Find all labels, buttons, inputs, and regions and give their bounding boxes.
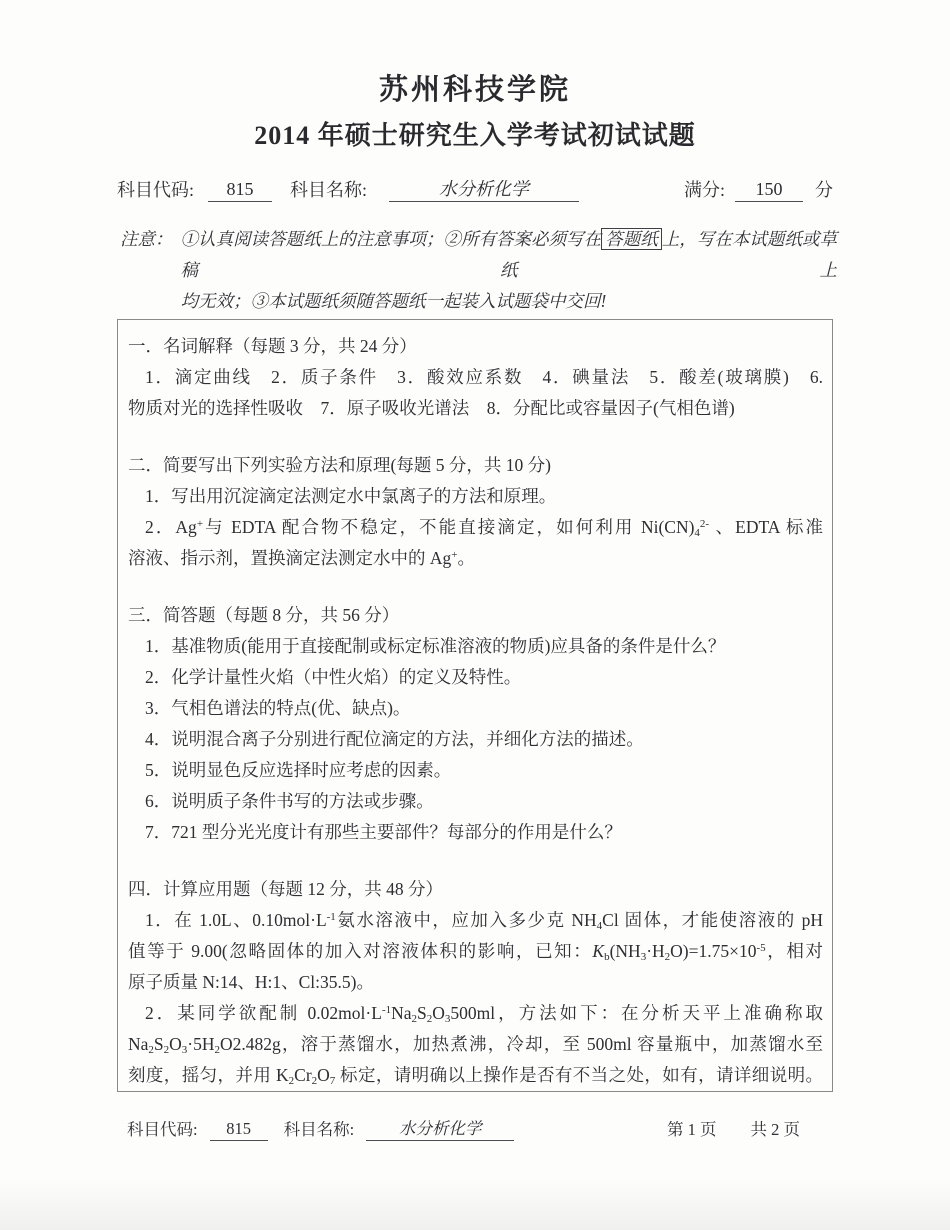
page-number-total: 共 2 页: [751, 1119, 801, 1141]
question-line: 物质对光的选择性吸收 7．原子吸收光谱法 8．分配比或容量因子(气相色谱): [128, 393, 823, 424]
university-title: 苏州科技学院: [0, 0, 950, 106]
exam-paper-page: 苏州科技学院 2014 年硕士研究生入学考试初试试题 科目代码: 815 科目名…: [0, 0, 950, 1230]
question-line: 2．Ag+与 EDTA 配合物不稳定，不能直接滴定，如何利用 Ni(CN)42-…: [128, 512, 823, 543]
subject-name-value: 水分析化学: [389, 177, 579, 202]
footer: 科目代码: 815 科目名称: 水分析化学 第 1 页 共 2 页: [127, 1118, 800, 1141]
full-score-label: 满分:: [684, 178, 725, 202]
subject-name-label: 科目名称:: [290, 178, 367, 202]
question-line: 四．计算应用题（每题 12 分，共 48 分）: [128, 874, 823, 905]
footer-subject-code-value: 815: [210, 1118, 268, 1141]
question-line: 三．简答题（每题 8 分，共 56 分）: [128, 600, 823, 631]
footer-subject-name-label: 科目名称:: [284, 1119, 355, 1141]
question-line: 原子质量 N:14、H:1、Cl:35.5)。: [128, 967, 823, 998]
question-line: 3．气相色谱法的特点(优、缺点)。: [128, 693, 823, 724]
question-line: 溶液、指示剂，置换滴定法测定水中的 Ag+。: [128, 543, 823, 574]
question-line: 1．在 1.0L、0.10mol·L-1氨水溶液中，应加入多少克 NH4Cl 固…: [128, 905, 823, 936]
question-line: 一．名词解释（每题 3 分，共 24 分）: [128, 331, 823, 362]
notice-label: 注意：: [120, 224, 173, 317]
question-line: 1．基准物质(能用于直接配制或标定标准溶液的物质)应具备的条件是什么？: [128, 631, 823, 662]
question-line: 7．721 型分光光度计有那些主要部件？每部分的作用是什么？: [128, 817, 823, 848]
question-box: 一．名词解释（每题 3 分，共 24 分）1．滴定曲线 2．质子条件 3．酸效应…: [117, 319, 833, 1092]
notice-body: ①认真阅读答题纸上的注意事项；②所有答案必须写在答题纸上，写在本试题纸或草稿纸上…: [181, 224, 838, 317]
question-line: 刻度，摇匀，并用 K2Cr2O7 标定，请明确以上操作是否有不当之处，如有，请详…: [128, 1060, 823, 1091]
question-line: 二．简要写出下列实验方法和原理(每题 5 分，共 10 分): [128, 450, 823, 481]
page-number-current: 第 1 页: [667, 1119, 717, 1141]
question-line: 1．滴定曲线 2．质子条件 3．酸效应系数 4．碘量法 5．酸差(玻璃膜) 6.: [128, 362, 823, 393]
blank-line: [128, 424, 823, 450]
footer-subject-name-value: 水分析化学: [366, 1118, 514, 1141]
subject-header-row: 科目代码: 815 科目名称: 水分析化学 满分: 150 分: [117, 177, 833, 202]
blank-line: [128, 848, 823, 874]
notice-line-1: ①认真阅读答题纸上的注意事项；②所有答案必须写在答题纸上，写在本试题纸或草稿纸上: [181, 224, 838, 286]
question-line: 值等于 9.00(忽略固体的加入对溶液体积的影响，已知：Kb(NH3·H2O)=…: [128, 936, 823, 967]
question-line: 2．某同学欲配制 0.02mol·L-1Na2S2O3500ml，方法如下：在分…: [128, 998, 823, 1029]
question-line: 6．说明质子条件书写的方法或步骤。: [128, 786, 823, 817]
question-line: 2．化学计量性火焰（中性火焰）的定义及特性。: [128, 662, 823, 693]
exam-title: 2014 年硕士研究生入学考试初试试题: [0, 121, 950, 151]
notice: 注意： ①认真阅读答题纸上的注意事项；②所有答案必须写在答题纸上，写在本试题纸或…: [120, 224, 837, 317]
blank-line: [128, 574, 823, 600]
notice-line-2: 均无效；③本试题纸须随答题纸一起装入试题袋中交回!: [181, 286, 838, 317]
question-line: Na2S2O3·5H2O2.482g，溶于蒸馏水，加热煮沸，冷却，至 500ml…: [128, 1029, 823, 1060]
full-score-value: 150: [735, 177, 803, 202]
footer-subject-code-label: 科目代码:: [127, 1119, 198, 1141]
scan-shadow: [0, 1178, 950, 1230]
subject-code-value: 815: [208, 177, 272, 202]
full-score-unit: 分: [815, 178, 833, 202]
question-line: 5．说明显色反应选择时应考虑的因素。: [128, 755, 823, 786]
question-line: 4．说明混合离子分别进行配位滴定的方法，并细化方法的描述。: [128, 724, 823, 755]
question-line: 1．写出用沉淀滴定法测定水中氯离子的方法和原理。: [128, 481, 823, 512]
subject-code-label: 科目代码:: [117, 178, 194, 202]
